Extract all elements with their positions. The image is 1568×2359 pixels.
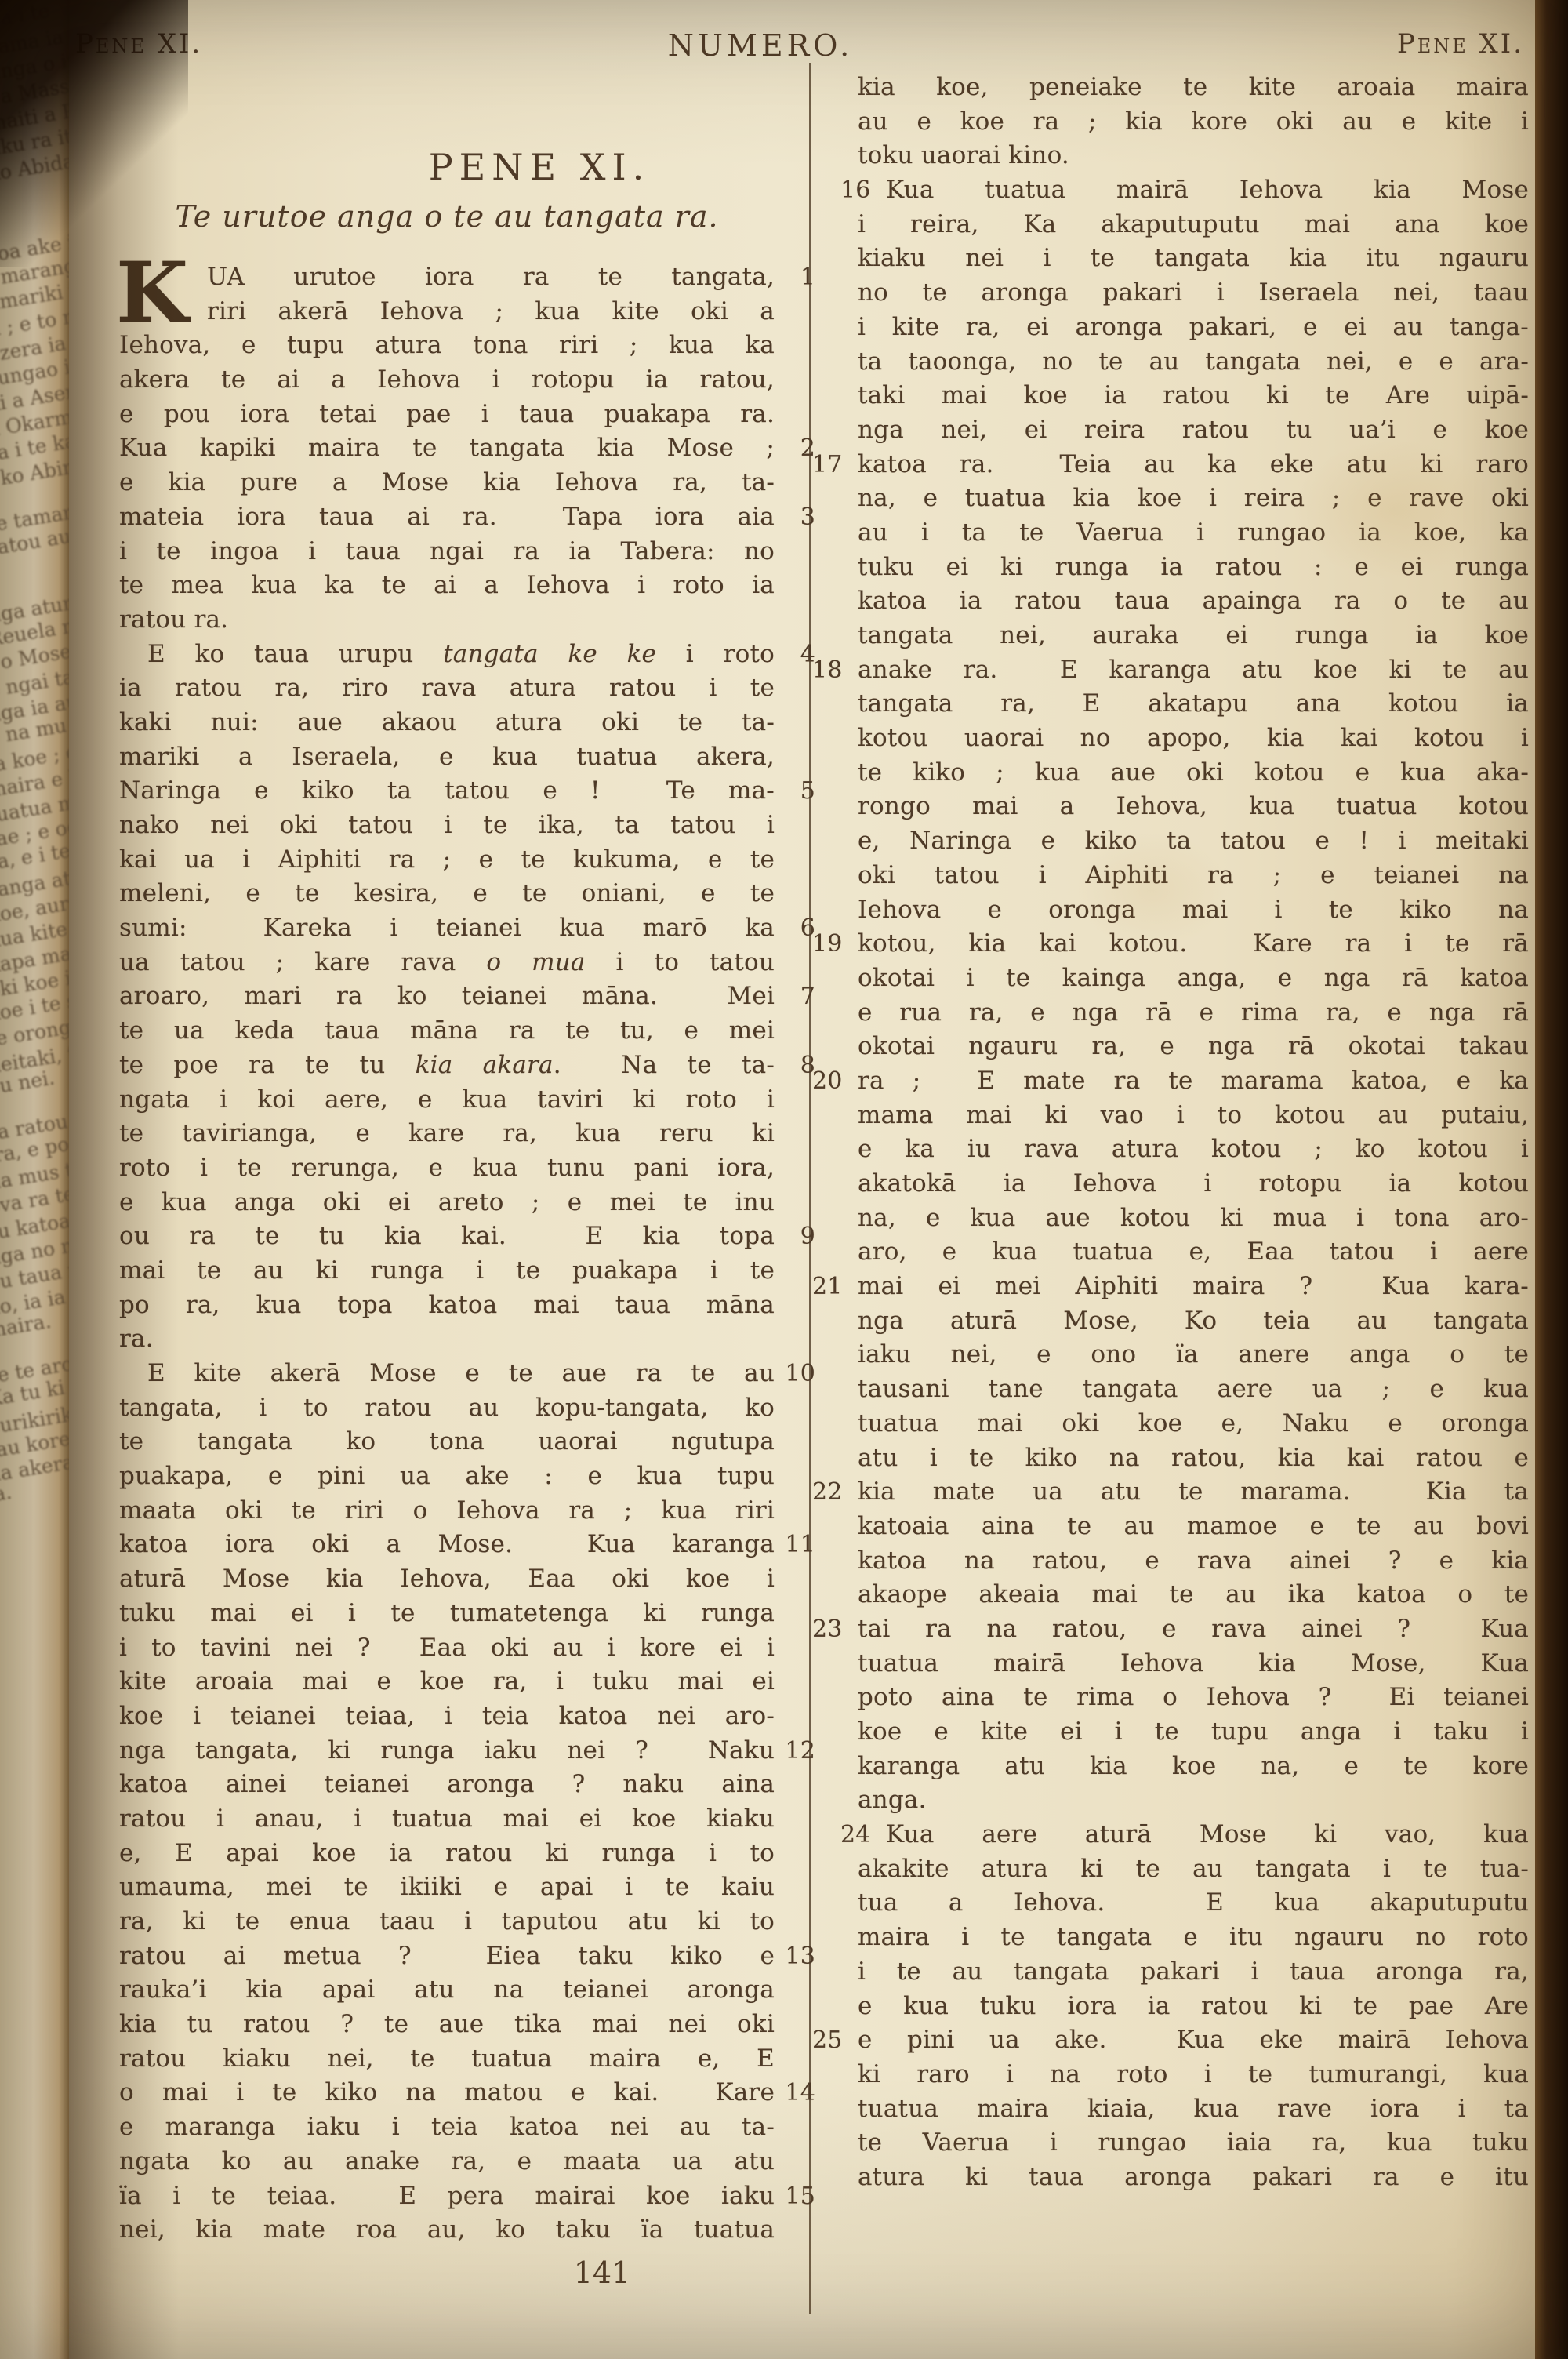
- text-line: rauka’i kia apai atu na teianei aronga: [119, 1973, 775, 2008]
- text-line: te tavirianga, e kare ra, kua reru ki: [119, 1117, 775, 1151]
- text-line: o mai i te kiko na matou e kai. Kare14: [119, 2076, 775, 2110]
- text-line: katoa ia ratou taua apainga ra o te au: [858, 584, 1529, 619]
- text-line: i te ingoa i taua ngai ra ia Tabera: no: [119, 535, 775, 569]
- text-line: katoa iora oki a Mose. Kua karanga11: [119, 1528, 775, 1562]
- text-line: umauma, mei te ikiiki e apai i te kaiu: [119, 1870, 775, 1905]
- text-line: Naringa e kiko ta tatou e ! Te ma-5: [119, 774, 775, 809]
- text-line: ngata ko au anake ra, e maata ua atu: [119, 2145, 775, 2179]
- text-line: oki tatou i Aiphiti ra ; e teianei na: [858, 859, 1529, 893]
- text-line: aturā Mose kia Iehova, Eaa oki koe i: [119, 1562, 775, 1597]
- text-line: akakite atura ki te au tangata i te tua-: [858, 1852, 1529, 1887]
- right-column-text: kia koe, peneiake te kite aroaia mairaau…: [858, 71, 1529, 2195]
- text-line: e, E apai koe ia ratou ki runga i to: [119, 1837, 775, 1871]
- text-line: tuatua maira kiaia, kua rave iora i ta: [858, 2092, 1529, 2127]
- text-line: kai ua i Aiphiti ra ; e te kukuma, e te: [119, 843, 775, 878]
- text-line: E kite akerā Mose e te aue ra te au10: [119, 1357, 775, 1391]
- text-line: e pini ua ake. Kua eke mairā Iehova25: [858, 2023, 1529, 2058]
- text-line: tangata ra, E akatapu ana kotou ia: [858, 687, 1529, 722]
- verse-number: 10: [757, 1357, 815, 1391]
- text-line: anake ra. E karanga atu koe ki te au18: [858, 653, 1529, 688]
- text-line: poto aina te rima o Iehova ? Ei teianei: [858, 1681, 1529, 1715]
- text-line: roto i te rerunga, e kua tunu pani iora,: [119, 1151, 775, 1186]
- text-line: te poe ra te tu kia akara. Na te ta-8: [119, 1049, 775, 1083]
- adjacent-page-edge: ŋa i tesama ia sunga o ipi a Massemaiti …: [0, 0, 75, 2359]
- verse-number: 9: [800, 1219, 815, 1254]
- verse-number: 23: [812, 1612, 843, 1647]
- adjacent-page-text-fragment: ia.: [0, 1481, 13, 1507]
- text-line: nga nei, ei reira ratou tu ua’i e koe: [858, 413, 1529, 448]
- text-line: ra ; E mate ra te marama katoa, e ka20: [858, 1064, 1529, 1099]
- text-line: e maranga iaku i teia katoa nei au ta-: [119, 2110, 775, 2145]
- text-line: tuku mai ei i te tumatetenga ki runga: [119, 1597, 775, 1631]
- text-line: UA urutoe iora ra te tangata,1: [119, 260, 775, 295]
- text-line: akera te ai a Iehova i rotopu ia ratou,: [119, 363, 775, 398]
- text-line: i te au tangata pakari i taua aronga ra,: [858, 1955, 1529, 1990]
- chapter-heading: PENE XI.: [212, 146, 867, 188]
- text-line: mai te au ki runga i te puakapa i te: [119, 1254, 775, 1289]
- text-line: tangata nei, auraka ei runga ia koe: [858, 619, 1529, 653]
- verse-number: 22: [812, 1475, 843, 1510]
- running-head: Pene XI. NUMERO. Pene XI.: [69, 28, 1538, 67]
- text-line: kia koe, peneiake te kite aroaia maira: [858, 71, 1529, 105]
- text-line: ou ra te tu kia kai. E kia topa9: [119, 1219, 775, 1254]
- text-line: Kua kapiki maira te tangata kia Mose ;2: [119, 431, 775, 466]
- left-column-text: K UA urutoe iora ra te tangata,1riri ake…: [119, 260, 775, 2248]
- text-line: nako nei oki tatou i te ika, ta tatou i: [119, 809, 775, 843]
- text-line: ngata i koi aere, e kua taviri ki roto i: [119, 1083, 775, 1118]
- text-line: ta taoonga, no te au tangata nei, e e ar…: [858, 345, 1529, 380]
- text-line: e pou iora tetai pae i taua puakapa ra.: [119, 398, 775, 432]
- verse-number: 12: [785, 1734, 815, 1768]
- text-line: iaku nei, e ono ïa anere anga o te: [858, 1338, 1529, 1372]
- text-line: aroaro, mari ra ko teianei māna. Mei7: [119, 980, 775, 1014]
- text-line: sumi: Kareka i teianei kua marō ka6: [119, 911, 775, 946]
- text-line: ki raro i na roto i te tumurangi, kua: [858, 2058, 1529, 2092]
- column-divider-rule: [809, 63, 811, 2314]
- text-line: mateia iora taua ai ra. Tapa iora aia3: [119, 500, 775, 535]
- text-line: au e koe ra ; kia kore oki au e kite i: [858, 105, 1529, 140]
- text-line: te ua keda taua māna ra te tu, e mei: [119, 1014, 775, 1049]
- text-line: na, e kua aue kotou ki mua i tona aro-: [858, 1201, 1529, 1236]
- text-line: atu i te kiko na ratou, kia kai ratou e: [858, 1441, 1529, 1476]
- verse-number: 11: [785, 1528, 815, 1562]
- text-line: kia tu ratou ? te aue tika mai nei oki: [119, 2008, 775, 2042]
- text-line: ia ratou ra, riro rava atura ratou i te: [119, 671, 775, 706]
- photo-right-edge: [1535, 0, 1568, 2359]
- verse-number: 16: [812, 173, 871, 208]
- adjacent-page-text-fragment: ŋa i te: [0, 0, 52, 31]
- text-line: po ra, kua topa katoa mai taua māna: [119, 1289, 775, 1323]
- text-line: te mea kua ka te ai a Iehova i roto ia: [119, 569, 775, 603]
- text-line: Kua tuatua mairā Iehova kia Mose16: [858, 173, 1529, 208]
- text-line: e rua ra, e nga rā e rima ra, e nga rā: [858, 996, 1529, 1030]
- text-line: anga.: [858, 1783, 1529, 1818]
- text-line: maira i te tangata e itu ngauru no roto: [858, 1921, 1529, 1955]
- verse-number: 3: [800, 500, 815, 535]
- text-line: na, e tuatua kia koe i reira ; e rave ok…: [858, 482, 1529, 516]
- text-line: tuatua mairā Iehova kia Mose, Kua: [858, 1647, 1529, 1681]
- text-line: ua tatou ; kare rava o mua i to tatou: [119, 946, 775, 980]
- chapter-subtitle: Te urutoe anga o te au tangata ra.: [119, 199, 775, 234]
- running-head-title: NUMERO.: [26, 28, 1495, 63]
- text-line: puakapa, e pini ua ake : e kua tupu: [119, 1459, 775, 1494]
- verse-number: 24: [812, 1818, 871, 1852]
- text-line: kia mate ua atu te marama. Kia ta22: [858, 1475, 1529, 1510]
- text-line: okotai i te kainga anga, e nga rā katoa: [858, 961, 1529, 996]
- text-line: meleni, e te kesira, e te oniani, e te: [119, 877, 775, 911]
- verse-number: 13: [785, 1939, 815, 1974]
- text-line: i reira, Ka akaputuputu mai ana koe: [858, 208, 1529, 242]
- text-line: kite aroaia mai e koe ra, i tuku mai ei: [119, 1665, 775, 1699]
- text-line: tuatua mai oki koe e, Naku e oronga: [858, 1407, 1529, 1441]
- running-head-right: Pene XI.: [1397, 28, 1524, 60]
- scanned-book-page-photo: ŋa i tesama ia sunga o ipi a Massemaiti …: [0, 0, 1568, 2359]
- text-line: akaope akeaia mai te au ika katoa o te: [858, 1578, 1529, 1612]
- text-line: e kua tuku iora ia ratou ki te pae Are: [858, 1990, 1529, 2024]
- text-line: mama mai ki vao i to kotou au putaiu,: [858, 1099, 1529, 1133]
- text-line: ra, ki te enua taau i taputou atu ki to: [119, 1905, 775, 1939]
- text-line: koe i teianei teiaa, i teia katoa nei ar…: [119, 1699, 775, 1734]
- text-line: Iehova e oronga mai i te kiko na: [858, 893, 1529, 928]
- text-line: nga aturā Mose, Ko teia au tangata: [858, 1304, 1529, 1339]
- text-line: koe e kite ei i te tupu anga i taku i: [858, 1715, 1529, 1750]
- text-line: te kiko ; kua aue oki kotou e kua aka-: [858, 756, 1529, 791]
- text-line: te tangata ko tona uaorai ngutupa: [119, 1425, 775, 1459]
- text-line: ratou i anau, i tuatua mai ei koe kiaku: [119, 1802, 775, 1837]
- text-line: Kua aere aturā Mose ki vao, kua24: [858, 1818, 1529, 1852]
- text-line: katoaia aina te au mamoe e te au bovi: [858, 1510, 1529, 1544]
- text-line: tangata, i to ratou au kopu-tangata, ko: [119, 1391, 775, 1426]
- text-line: mai ei mei Aiphiti maira ? Kua kara-21: [858, 1270, 1529, 1304]
- text-line: e ka iu rava atura kotou ; ko kotou i: [858, 1132, 1529, 1167]
- text-line: kotou uaorai no apopo, kia kai kotou i: [858, 722, 1529, 756]
- text-line: riri akerā Iehova ; kua kite oki a: [119, 295, 775, 329]
- text-line: aro, e kua tuatua e, Eaa tatou i aere: [858, 1235, 1529, 1270]
- text-line: ra.: [119, 1322, 775, 1357]
- text-line: nei, kia mate roa au, ko taku ïa tuatua: [119, 2213, 775, 2248]
- verse-number: 5: [800, 774, 815, 809]
- text-line: ratou ra.: [119, 603, 775, 638]
- text-line: akatokā ia Iehova i rotopu ia kotou: [858, 1167, 1529, 1201]
- text-line: kaki nui: aue akaou atura oki te ta-: [119, 706, 775, 740]
- text-line: karanga atu kia koe na, e te kore: [858, 1750, 1529, 1784]
- text-line: atura ki taua aronga pakari ra e itu: [858, 2161, 1529, 2195]
- text-line: e kua anga oki ei areto ; e mei te inu: [119, 1186, 775, 1220]
- text-line: kiaku nei i te tangata kia itu ngauru: [858, 242, 1529, 276]
- text-line: katoa na ratou, e rava ainei ? e kia: [858, 1544, 1529, 1579]
- text-line: tuku ei ki runga ia ratou : e ei runga: [858, 551, 1529, 585]
- text-line: e kia pure a Mose kia Iehova ra, ta-: [119, 466, 775, 500]
- book-page: Pene XI. NUMERO. Pene XI. PENE XI. Te ur…: [69, 0, 1538, 2359]
- text-line: tua a Iehova. E kua akaputuputu: [858, 1886, 1529, 1921]
- verse-number: 18: [812, 653, 843, 688]
- text-line: tausani tane tangata aere ua ; e kua: [858, 1372, 1529, 1407]
- text-line: ratou ai metua ? Eiea taku kiko e13: [119, 1939, 775, 1974]
- verse-number: 20: [812, 1064, 843, 1099]
- text-line: no te aronga pakari i Iseraela nei, taau: [858, 276, 1529, 311]
- text-line: Iehova, e tupu atura tona riri ; kua ka: [119, 329, 775, 363]
- text-line: toku uaorai kino.: [858, 139, 1529, 173]
- text-line: katoa ainei teianei aronga ? naku aina: [119, 1768, 775, 1802]
- text-line: au i ta te Vaerua i rungao ia koe, ka: [858, 516, 1529, 551]
- text-line: te Vaerua i rungao iaia ra, kua tuku: [858, 2126, 1529, 2161]
- text-line: okotai ngauru ra, e nga rā okotai takau: [858, 1030, 1529, 1064]
- page-number: 141: [274, 2255, 930, 2290]
- text-line: ratou kiaku nei, te tuatua maira e, E: [119, 2042, 775, 2077]
- verse-number: 15: [785, 2179, 815, 2214]
- text-line: mariki a Iseraela, e kua tuatua akera,: [119, 740, 775, 775]
- verse-number: 14: [785, 2076, 815, 2110]
- text-line: maata oki te riri o Iehova ra ; kua riri: [119, 1494, 775, 1528]
- verse-number: 4: [772, 638, 815, 672]
- text-line: ïa i te teiaa. E pera mairai koe iaku15: [119, 2179, 775, 2214]
- verse-number: 1: [800, 260, 815, 295]
- verse-number: 21: [812, 1270, 843, 1304]
- verse-number: 19: [812, 927, 843, 961]
- text-line: tai ra na ratou, e rava ainei ? Kua23: [858, 1612, 1529, 1647]
- text-line: i to tavini nei ? Eaa oki au i kore ei i: [119, 1631, 775, 1666]
- verse-number: 25: [812, 2023, 843, 2058]
- text-line: katoa ra. Teia au ka eke atu ki raro17: [858, 448, 1529, 482]
- text-line: rongo mai a Iehova, kua tuatua kotou: [858, 790, 1529, 824]
- text-line: e, Naringa e kiko ta tatou e ! i meitaki: [858, 824, 1529, 859]
- text-line: i kite ra, ei aronga pakari, e ei au tan…: [858, 311, 1529, 345]
- text-line: nga tangata, ki runga iaku nei ? Naku12: [119, 1734, 775, 1768]
- verse-number: 17: [812, 448, 843, 482]
- text-line: taki mai koe ia ratou ki te Are uipā-: [858, 379, 1529, 413]
- verse-number: 7: [800, 980, 815, 1014]
- text-line: kotou, kia kai kotou. Kare ra i te rā19: [858, 927, 1529, 961]
- text-line: E ko taua urupu tangata ke ke i roto4: [119, 638, 775, 672]
